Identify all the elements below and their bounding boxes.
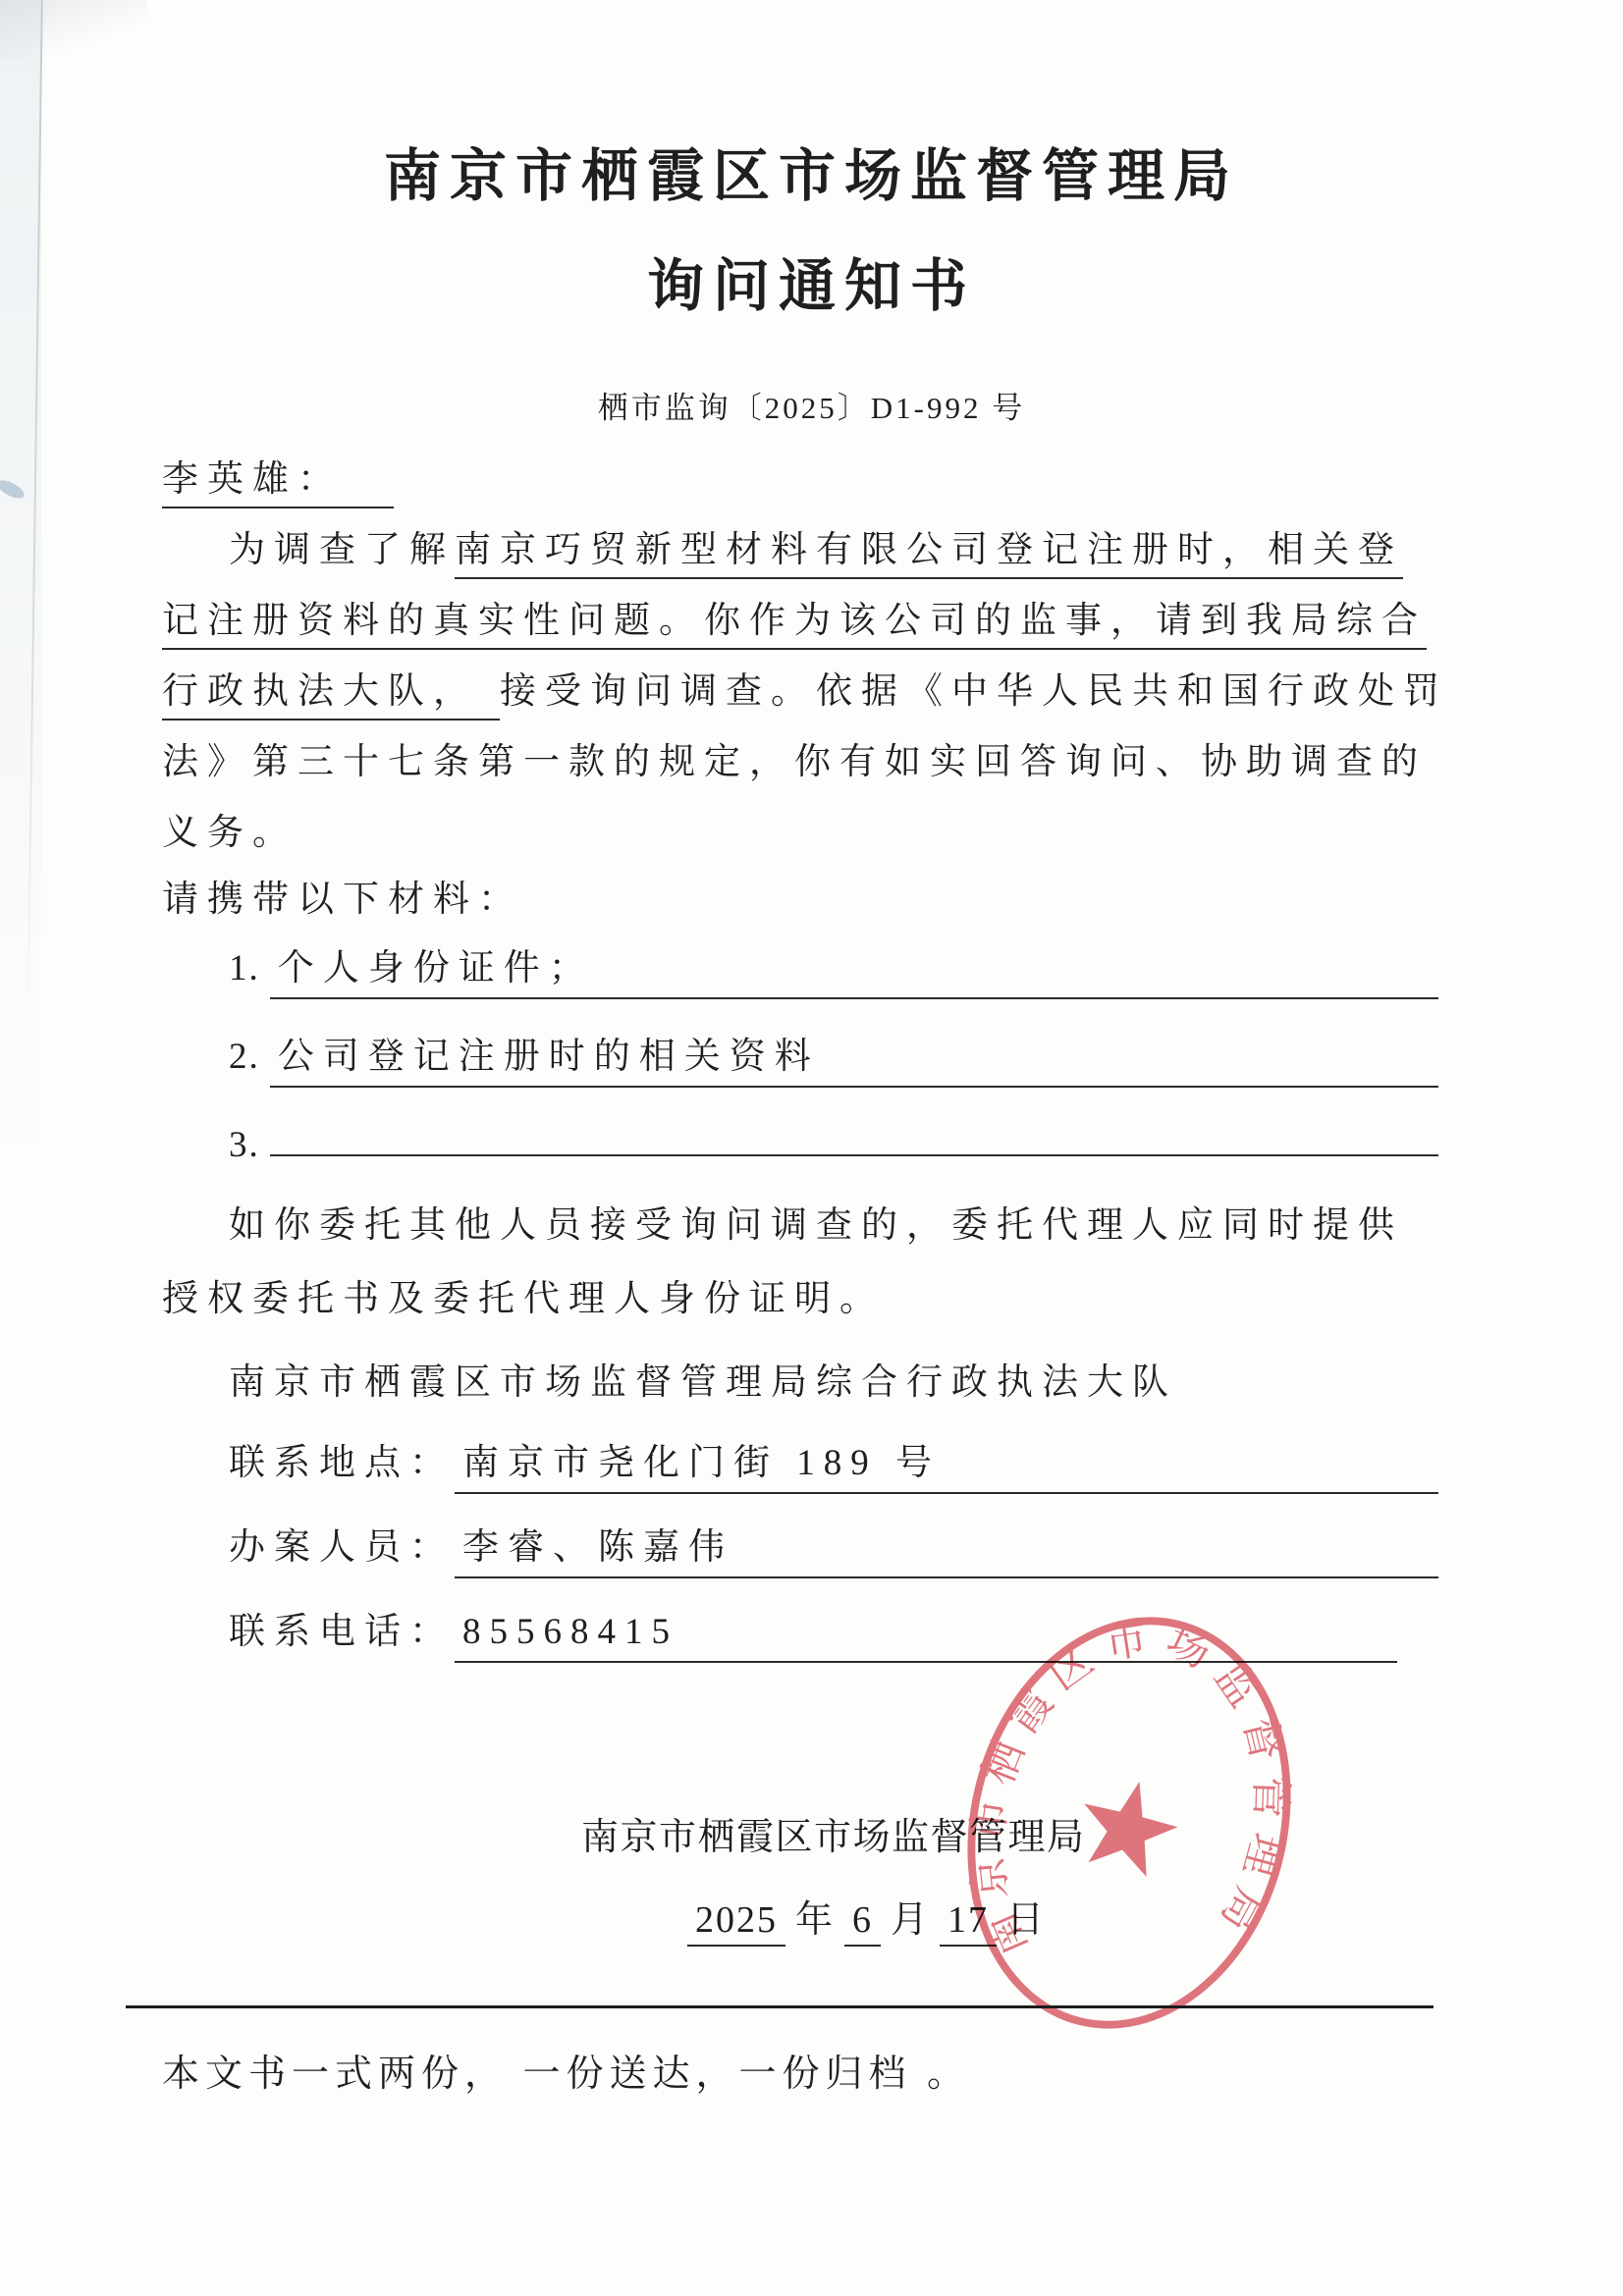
material-item-1-underline: 个人身份证件； [270,948,1438,999]
material-item-2: 2. 公司登记注册时的相关资料 [229,1037,1438,1088]
body-paragraph1-line3: 行政执法大队，接受询问调查。依据《中华人民共和国行政处罚 [162,671,1448,714]
contact-address-value: 南京市尧化门街 189 号 [462,1443,941,1483]
contact-phone-label: 联系电话： [229,1612,455,1654]
paragraph1-underlined-company: 南京巧贸新型材料有限公司登记注册时，相关登 [455,530,1403,579]
paragraph1-legal-basis-text: 接受询问调查。依据《中华人民共和国行政处罚 [500,671,1448,712]
contact-address-row: 联系地点： 南京市尧化门街 189 号 [229,1443,1438,1494]
scanned-document-page: 南京市栖霞区市场监督管理局 询问通知书 栖市监询〔2025〕D1-992 号 李… [0,0,1623,2296]
material-item-3-underline [270,1148,1438,1156]
contact-phone-value: 85568415 [462,1612,678,1652]
material-item-3-number: 3. [229,1125,260,1167]
contact-address-underline: 南京市尧化门街 189 号 [455,1443,1438,1494]
material-item-2-number: 2. [229,1037,260,1079]
case-officers-row: 办案人员： 李睿、陈嘉伟 [229,1527,1438,1578]
footer-separator-line [126,2005,1434,2008]
document-title-type: 询问通知书 [0,240,1623,322]
document-title-agency: 南京市栖霞区市场监督管理局 [0,130,1623,212]
paragraph1-lead-text: 为调查了解 [229,530,455,570]
paragraph1-underlined-unit: 行政执法大队， [162,671,500,721]
document-number: 栖市监询〔2025〕D1-992 号 [0,383,1623,427]
material-item-2-text: 公司登记注册时的相关资料 [278,1037,820,1077]
stamp-star-icon [1070,1770,1186,1881]
body-paragraph2-line2: 授权委托书及委托代理人身份证明。 [162,1279,885,1321]
body-paragraph2-line1: 如你委托其他人员接受询问调查的，委托代理人应同时提供 [162,1205,1403,1248]
case-officers-label: 办案人员： [229,1527,455,1570]
material-item-1-number: 1. [229,948,260,990]
footer-copies-note: 本文书一式两份， 一份送达，一份归档 。 [162,2054,970,2097]
scan-corner-shadow [0,0,147,59]
material-item-2-underline: 公司登记注册时的相关资料 [270,1037,1438,1088]
body-paragraph1-line2: 记注册资料的真实性问题。你作为该公司的监事，请到我局综合 [162,601,1427,643]
enforcement-department: 南京市栖霞区市场监督管理局综合行政执法大队 [229,1362,1177,1405]
contact-address-label: 联系地点： [229,1443,455,1485]
case-officers-value: 李睿、陈嘉伟 [462,1527,733,1568]
case-officers-underline: 李睿、陈嘉伟 [455,1527,1438,1578]
addressee-line: 李英雄： [162,459,394,502]
body-paragraph1-line5: 义务。 [162,813,298,855]
signature-date-year: 2025 [687,1899,785,1947]
body-paragraph1-line4: 法》第三十七条第一款的规定，你有如实回答询问、协助调查的 [162,742,1427,784]
signature-date-month-label: 月 [891,1899,930,1941]
addressee-name: 李英雄： [162,459,394,508]
material-item-3: 3. [229,1125,1438,1167]
materials-heading: 请携带以下材料： [162,880,523,922]
material-item-1: 1. 个人身份证件； [229,948,1438,999]
signature-date-year-label: 年 [795,1899,835,1941]
material-item-1-text: 个人身份证件； [278,948,594,988]
signature-date-month: 6 [844,1899,881,1947]
paragraph1-underlined-matter: 记注册资料的真实性问题。你作为该公司的监事，请到我局综合 [162,601,1427,650]
body-paragraph1-line1: 为调查了解南京巧贸新型材料有限公司登记注册时，相关登 [162,530,1403,572]
